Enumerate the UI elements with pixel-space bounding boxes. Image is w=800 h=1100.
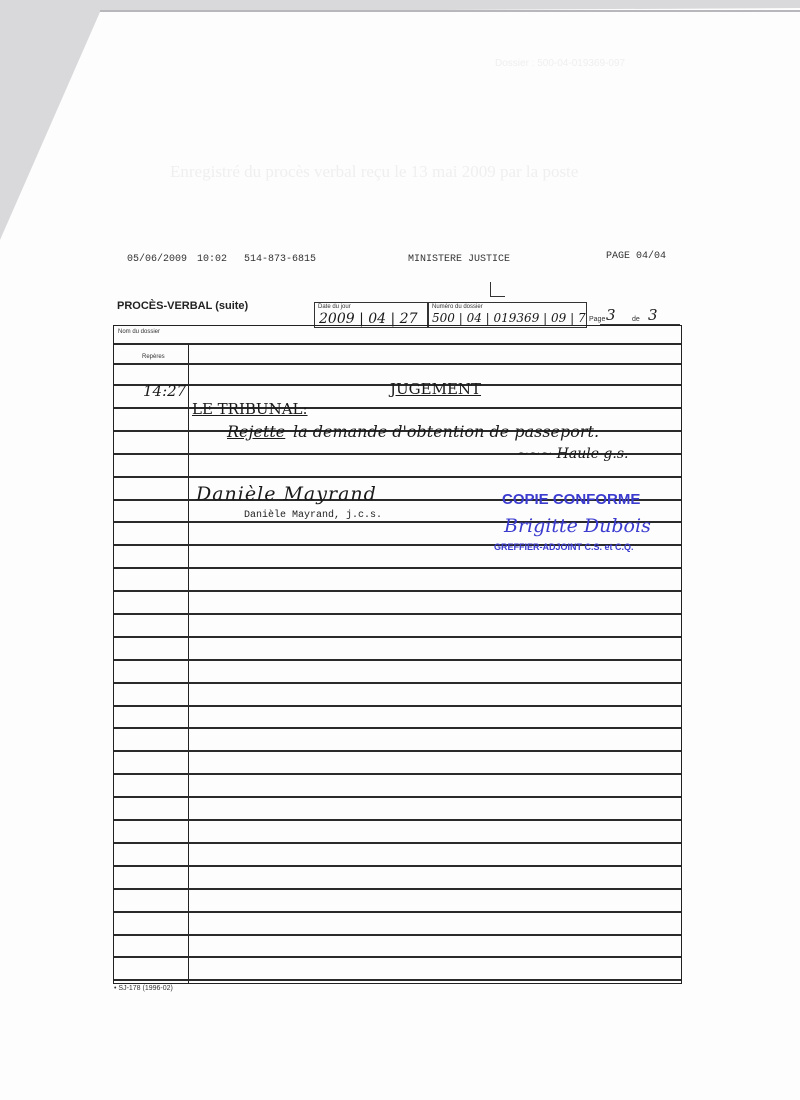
entry-ruling: la demande d'obtention de passeport.: [293, 422, 599, 441]
ruled-line: [114, 682, 681, 684]
dossier-value: 500 | 04 | 019369 | 09 | 7: [432, 311, 586, 325]
fax-phone: 514-873-6815: [244, 254, 316, 265]
ruled-line: [114, 819, 681, 821]
ruled-line: [114, 476, 681, 478]
reperes-label: Repères: [142, 354, 165, 360]
hand-mark: [490, 282, 505, 297]
ruled-line: [114, 343, 681, 345]
ruled-line: [114, 956, 681, 958]
entry-tribunal: LE TRIBUNAL:: [192, 400, 308, 418]
ruled-line: [114, 636, 681, 638]
form-title: PROCÈS-VERBAL (suite): [117, 300, 248, 312]
ruled-line: [114, 613, 681, 615]
fax-sender: MINISTERE JUSTICE: [408, 254, 510, 265]
ruled-line: [114, 888, 681, 890]
page-stack-edge: [100, 10, 800, 24]
ruled-line: [114, 750, 681, 752]
ruled-line: [114, 979, 681, 981]
page-value: 3: [606, 306, 616, 324]
fax-date: 05/06/2009: [127, 254, 187, 265]
page-total: 3: [648, 306, 658, 324]
ghost-line: Enregistré du procès verbal reçu le 13 m…: [170, 162, 578, 182]
entry-heading: JUGEMENT: [390, 380, 481, 398]
ruled-line: [114, 363, 681, 365]
de-label: de: [632, 316, 640, 323]
ruled-line: [114, 865, 681, 867]
stamp-role: GREFFIER-ADJOINT C.S. et C.Q.: [494, 542, 634, 552]
form-code: • SJ-178 (1996-02): [114, 985, 173, 992]
ruled-line: [114, 659, 681, 661]
ruled-line: [114, 911, 681, 913]
clerk-initials: ~~~ Haule g.s.: [517, 446, 628, 462]
ghost-header: Dossier : 500-04-019369-097: [495, 58, 625, 69]
ruled-line: [114, 773, 681, 775]
dossier-label: Numéro du dossier: [432, 304, 483, 310]
ruled-line: [114, 796, 681, 798]
judge-signature: Danièle Mayrand: [196, 483, 377, 505]
column-divider: [188, 343, 189, 983]
fax-page: PAGE 04/04: [606, 251, 666, 262]
stamp-title: COPIE CONFORME: [502, 491, 640, 508]
date-label: Date du jour: [318, 304, 351, 310]
fax-time: 10:02: [197, 254, 227, 265]
nom-label: Nom du dossier: [118, 329, 160, 335]
entry-rejette: Rejette: [227, 422, 285, 441]
ruled-line: [114, 727, 681, 729]
ruled-line: [114, 934, 681, 936]
entry-time: 14:27: [143, 382, 186, 400]
judge-name: Danièle Mayrand, j.c.s.: [244, 510, 382, 521]
ruled-line: [114, 842, 681, 844]
ruled-line: [114, 590, 681, 592]
page-label: Page: [589, 316, 605, 323]
ruled-line: [114, 705, 681, 707]
stamp-signature: Brigitte Dubois: [504, 515, 651, 537]
ruled-line: [114, 567, 681, 569]
